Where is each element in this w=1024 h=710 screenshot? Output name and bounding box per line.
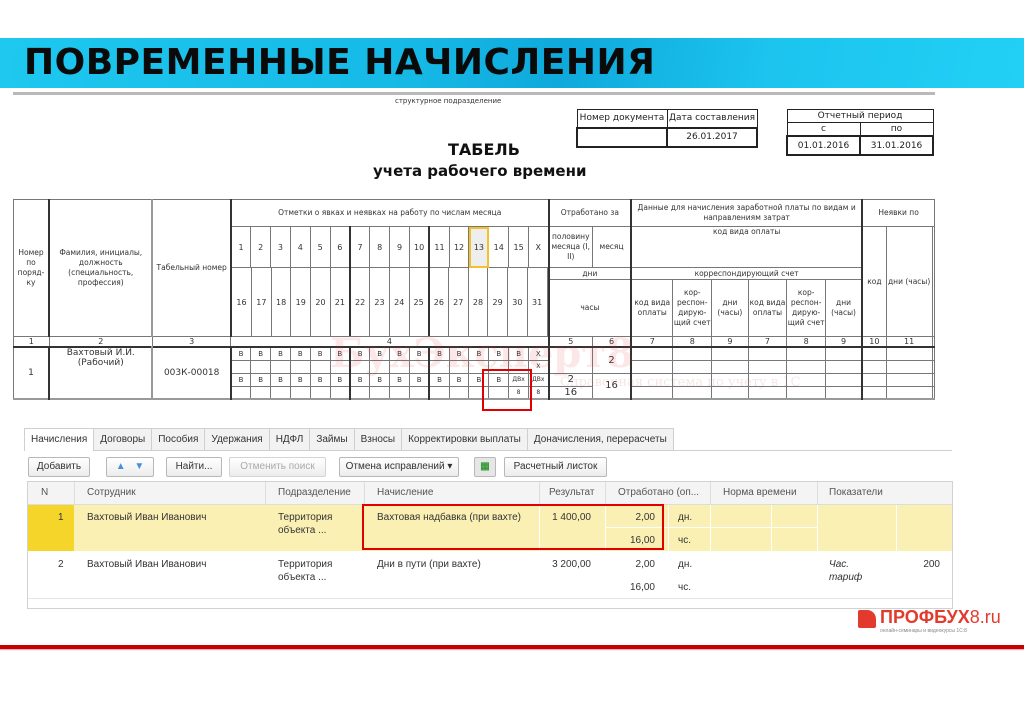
row-accrual: Дни в пути (при вахте) xyxy=(377,558,481,571)
empty-cell xyxy=(748,347,787,360)
tab-доначисления-перерасчеты[interactable]: Доначисления, перерасчеты xyxy=(527,428,674,450)
add-button[interactable]: Добавить xyxy=(28,457,90,477)
dropdown-arrow-icon: ▾ xyxy=(447,461,452,472)
row-hours-unit: чс. xyxy=(678,581,691,594)
day-X: X xyxy=(529,227,549,268)
day-26: 26 xyxy=(429,268,449,336)
header-name: Фамилия, инициалы, должность (специально… xyxy=(49,200,152,337)
tab-договоры[interactable]: Договоры xyxy=(93,428,152,450)
header-month: месяц xyxy=(592,227,631,268)
header-worked: Отработано за xyxy=(549,200,632,227)
period-to-label: по xyxy=(860,123,933,137)
slide-title-bar: ПОВРЕМЕННЫЕ НАЧИСЛЕНИЯ xyxy=(0,38,1024,88)
empty-cell xyxy=(631,360,673,373)
day-29: 29 xyxy=(488,268,508,336)
header-tab-num: Табельный номер xyxy=(152,200,230,337)
row-indicator: Час. тариф xyxy=(829,558,869,584)
header-half-month: половину месяца (I, II) xyxy=(549,227,593,268)
day-mark xyxy=(251,386,271,399)
undo-corrections-label: Отмена исправлений xyxy=(346,461,445,472)
day-mark xyxy=(231,386,251,399)
row-employee: Вахтовый Иван Иванович xyxy=(87,558,206,571)
day-24: 24 xyxy=(389,268,409,336)
tab-удержания[interactable]: Удержания xyxy=(204,428,269,450)
day-mark xyxy=(271,360,291,373)
day-10: 10 xyxy=(409,227,429,268)
form-toolbar: Добавить ▲ ▼ Найти... Отменить поиск Отм… xyxy=(28,457,628,477)
day-3: 3 xyxy=(271,227,291,268)
header-days: дни xyxy=(549,268,632,280)
col-worked[interactable]: Отработано (оп... xyxy=(618,487,699,498)
header-marks: Отметки о явках и неявках на работу по ч… xyxy=(231,200,549,227)
logo-brand: ПРОФБУХ8.ru xyxy=(880,607,1001,628)
grid-edge xyxy=(932,227,934,337)
empty-cell xyxy=(712,360,749,373)
header-abs-days: дни (часы) xyxy=(886,227,932,337)
header-abs-code: код xyxy=(862,227,886,337)
empty-cell xyxy=(673,347,712,360)
col-n[interactable]: N xyxy=(41,487,48,498)
col-num: 7 xyxy=(748,337,787,348)
doc-number-header: Номер документа xyxy=(577,110,667,129)
grid-edge xyxy=(932,337,934,348)
slide-title: ПОВРЕМЕННЫЕ НАЧИСЛЕНИЯ xyxy=(24,41,655,85)
day-14: 14 xyxy=(489,227,509,268)
row-hours: 16,00 xyxy=(605,581,655,594)
col-num: 3 xyxy=(152,337,230,348)
empty-cell xyxy=(787,360,826,373)
day-mark: В xyxy=(290,373,310,386)
empty-cell xyxy=(932,386,934,399)
day-mark xyxy=(330,386,350,399)
empty-cell xyxy=(886,386,932,399)
day-30: 30 xyxy=(507,268,527,336)
day-mark xyxy=(429,386,449,399)
empty-cell xyxy=(825,360,862,373)
empty-cell xyxy=(886,373,932,386)
day-mark xyxy=(271,386,291,399)
empty-cell xyxy=(862,386,886,399)
col-indicators[interactable]: Показатели xyxy=(829,487,883,498)
document-info-table: Номер документа Дата составления 26.01.2… xyxy=(576,109,758,148)
day-19: 19 xyxy=(291,268,311,336)
period-table: Отчетный период с по 01.01.2016 31.01.20… xyxy=(786,109,934,156)
move-buttons: ▲ ▼ xyxy=(106,457,154,477)
doc-date-value: 26.01.2017 xyxy=(667,128,757,147)
day-5: 5 xyxy=(310,227,330,268)
day-4: 4 xyxy=(290,227,310,268)
col-num: 2 xyxy=(49,337,152,348)
empty-cell xyxy=(748,360,787,373)
tab-займы[interactable]: Займы xyxy=(309,428,354,450)
day-31: 31 xyxy=(527,268,547,336)
day-mark xyxy=(370,386,390,399)
empty-cell xyxy=(932,373,934,386)
col-num: 9 xyxy=(712,337,749,348)
header-absences: Неявки по xyxy=(862,200,934,227)
col-num: 8 xyxy=(673,337,712,348)
col-num: 11 xyxy=(886,337,932,348)
empty-cell xyxy=(932,360,934,373)
header-pay-code: код вида оплаты xyxy=(631,227,862,268)
arrow-up-icon[interactable]: ▲ xyxy=(116,461,126,472)
day-16: 16 xyxy=(232,268,252,336)
empty-cell xyxy=(825,347,862,360)
watermark-sub: Справочная система по учету в 1С xyxy=(560,375,800,390)
footer-rule xyxy=(0,645,1024,649)
find-button[interactable]: Найти... xyxy=(166,457,222,477)
day-mark: В xyxy=(290,347,310,360)
day-25: 25 xyxy=(409,268,429,336)
day-28: 28 xyxy=(468,268,488,336)
col-num: 1 xyxy=(14,337,50,348)
period-to: 31.01.2016 xyxy=(860,136,933,155)
row-days: 2,00 xyxy=(605,558,655,571)
arrow-down-icon[interactable]: ▼ xyxy=(134,461,144,472)
header-salary-data: Данные для начисления заработной платы п… xyxy=(631,200,862,227)
col-department[interactable]: Подразделение xyxy=(278,487,351,498)
day-mark: В xyxy=(231,347,251,360)
struct-unit-label: структурное подразделение xyxy=(395,97,501,105)
day-2: 2 xyxy=(251,227,271,268)
day-9: 9 xyxy=(390,227,410,268)
col-result[interactable]: Результат xyxy=(549,487,594,498)
empty-cell xyxy=(886,347,932,360)
day-6: 6 xyxy=(330,227,350,268)
empty-cell xyxy=(886,360,932,373)
tab-пособия[interactable]: Пособия xyxy=(151,428,205,450)
header-num: Номер по поряд-ку xyxy=(14,200,50,337)
header-sub-corr-1: кор-респон-дирую-щий счет xyxy=(673,280,712,337)
col-time-norm[interactable]: Норма времени xyxy=(723,487,797,498)
empty-cell xyxy=(825,386,862,399)
empty-cell xyxy=(825,373,862,386)
header-sub-pay-code-1: код вида оплаты xyxy=(631,280,673,337)
day-12: 12 xyxy=(449,227,469,268)
day-mark xyxy=(409,386,429,399)
day-mark: В xyxy=(310,373,330,386)
row-n: 2 xyxy=(58,558,64,571)
day-8: 8 xyxy=(370,227,390,268)
day-mark: В xyxy=(251,373,271,386)
day-mark xyxy=(231,360,251,373)
col-employee[interactable]: Сотрудник xyxy=(87,487,136,498)
header-sub-corr-2: кор-респон-дирую-щий счет xyxy=(787,280,826,337)
day-23: 23 xyxy=(370,268,390,336)
day-22: 22 xyxy=(350,268,370,336)
row-department: Территория объекта ... xyxy=(278,511,348,537)
days-row2-container: 16171819202122232425262728293031 xyxy=(231,268,549,337)
table-header: N Сотрудник Подразделение Начисление Рез… xyxy=(28,482,952,505)
empty-cell xyxy=(862,373,886,386)
tab-ндфл[interactable]: НДФЛ xyxy=(269,428,311,450)
empty-cell xyxy=(932,347,934,360)
day-mark xyxy=(290,360,310,373)
day-13: 13 xyxy=(469,227,489,268)
row-employee: Вахтовый Иван Иванович xyxy=(87,511,206,524)
day-mark: В xyxy=(310,347,330,360)
empty-cell xyxy=(862,347,886,360)
day-mark: В xyxy=(271,347,291,360)
day-mark xyxy=(449,386,469,399)
logo-mark-icon xyxy=(858,610,876,628)
timesheet-title: ТАБЕЛЬ xyxy=(448,140,520,159)
header-corr-account: корреспондирующий счет xyxy=(631,268,862,280)
col-accrual[interactable]: Начисление xyxy=(377,487,433,498)
day-mark: В xyxy=(271,373,291,386)
day-15: 15 xyxy=(509,227,529,268)
empty-cell xyxy=(862,360,886,373)
day-mark xyxy=(290,386,310,399)
add-row-icon[interactable]: ▦ xyxy=(474,457,496,477)
col-num: 7 xyxy=(631,337,673,348)
period-header: Отчетный период xyxy=(787,110,933,123)
timesheet-subtitle: учета рабочего времени xyxy=(373,162,586,180)
employee-num: 1 xyxy=(14,347,50,399)
header-sub-days-2: дни (часы) xyxy=(825,280,862,337)
day-21: 21 xyxy=(330,268,350,336)
row-indicator-value: 200 xyxy=(908,558,940,571)
highlight-box-accrual xyxy=(362,504,664,550)
undo-corrections-dropdown[interactable]: Отмена исправлений ▾ xyxy=(339,457,459,477)
tab-взносы[interactable]: Взносы xyxy=(354,428,403,450)
doc-number-value xyxy=(577,128,667,147)
empty-cell xyxy=(712,347,749,360)
header-hours: часы xyxy=(549,280,632,337)
day-mark xyxy=(251,360,271,373)
row-n: 1 xyxy=(58,511,64,524)
col-num: 8 xyxy=(787,337,826,348)
day-11: 11 xyxy=(429,227,449,268)
day-mark xyxy=(390,386,410,399)
day-17: 17 xyxy=(252,268,272,336)
row-days-unit: дн. xyxy=(678,511,692,524)
highlight-box-timesheet xyxy=(482,369,532,411)
day-27: 27 xyxy=(448,268,468,336)
day-18: 18 xyxy=(271,268,291,336)
day-mark xyxy=(310,386,330,399)
cancel-search-button[interactable]: Отменить поиск xyxy=(229,457,326,477)
doc-date-header: Дата составления xyxy=(667,110,757,129)
tab-корректировки-выплаты[interactable]: Корректировки выплаты xyxy=(401,428,528,450)
day-mark: В xyxy=(231,373,251,386)
tab-начисления[interactable]: Начисления xyxy=(24,428,94,451)
day-mark: В xyxy=(251,347,271,360)
empty-cell xyxy=(631,347,673,360)
period-from-label: с xyxy=(787,123,860,137)
col-num: 9 xyxy=(825,337,862,348)
divider xyxy=(13,92,935,95)
header-sub-days-1: дни (часы) xyxy=(712,280,749,337)
day-mark xyxy=(310,360,330,373)
row-result: 3 200,00 xyxy=(539,558,591,571)
day-mark xyxy=(350,386,370,399)
col-num: 10 xyxy=(862,337,886,348)
row-hours-unit: чс. xyxy=(678,534,691,547)
day-7: 7 xyxy=(350,227,370,268)
empty-cell xyxy=(673,360,712,373)
row-department: Территория объекта ... xyxy=(278,558,348,584)
header-sub-pay-code-2: код вида оплаты xyxy=(748,280,787,337)
employee-tab-num: 003К-00018 xyxy=(152,347,230,399)
employee-name: Вахтовый И.И.(Рабочий) xyxy=(49,347,152,399)
empty-cell xyxy=(787,347,826,360)
day-20: 20 xyxy=(311,268,331,336)
payslip-button[interactable]: Расчетный листок xyxy=(504,457,607,477)
table-row[interactable]: 2 Вахтовый Иван Иванович Территория объе… xyxy=(28,552,952,599)
logo-tagline: онлайн-семинары и видеокурсы 1С:8 xyxy=(880,628,967,634)
form-tabs: НачисленияДоговорыПособияУдержанияНДФЛЗа… xyxy=(24,428,952,451)
day-1: 1 xyxy=(231,227,251,268)
row-days-unit: дн. xyxy=(678,558,692,571)
period-from: 01.01.2016 xyxy=(787,136,860,155)
